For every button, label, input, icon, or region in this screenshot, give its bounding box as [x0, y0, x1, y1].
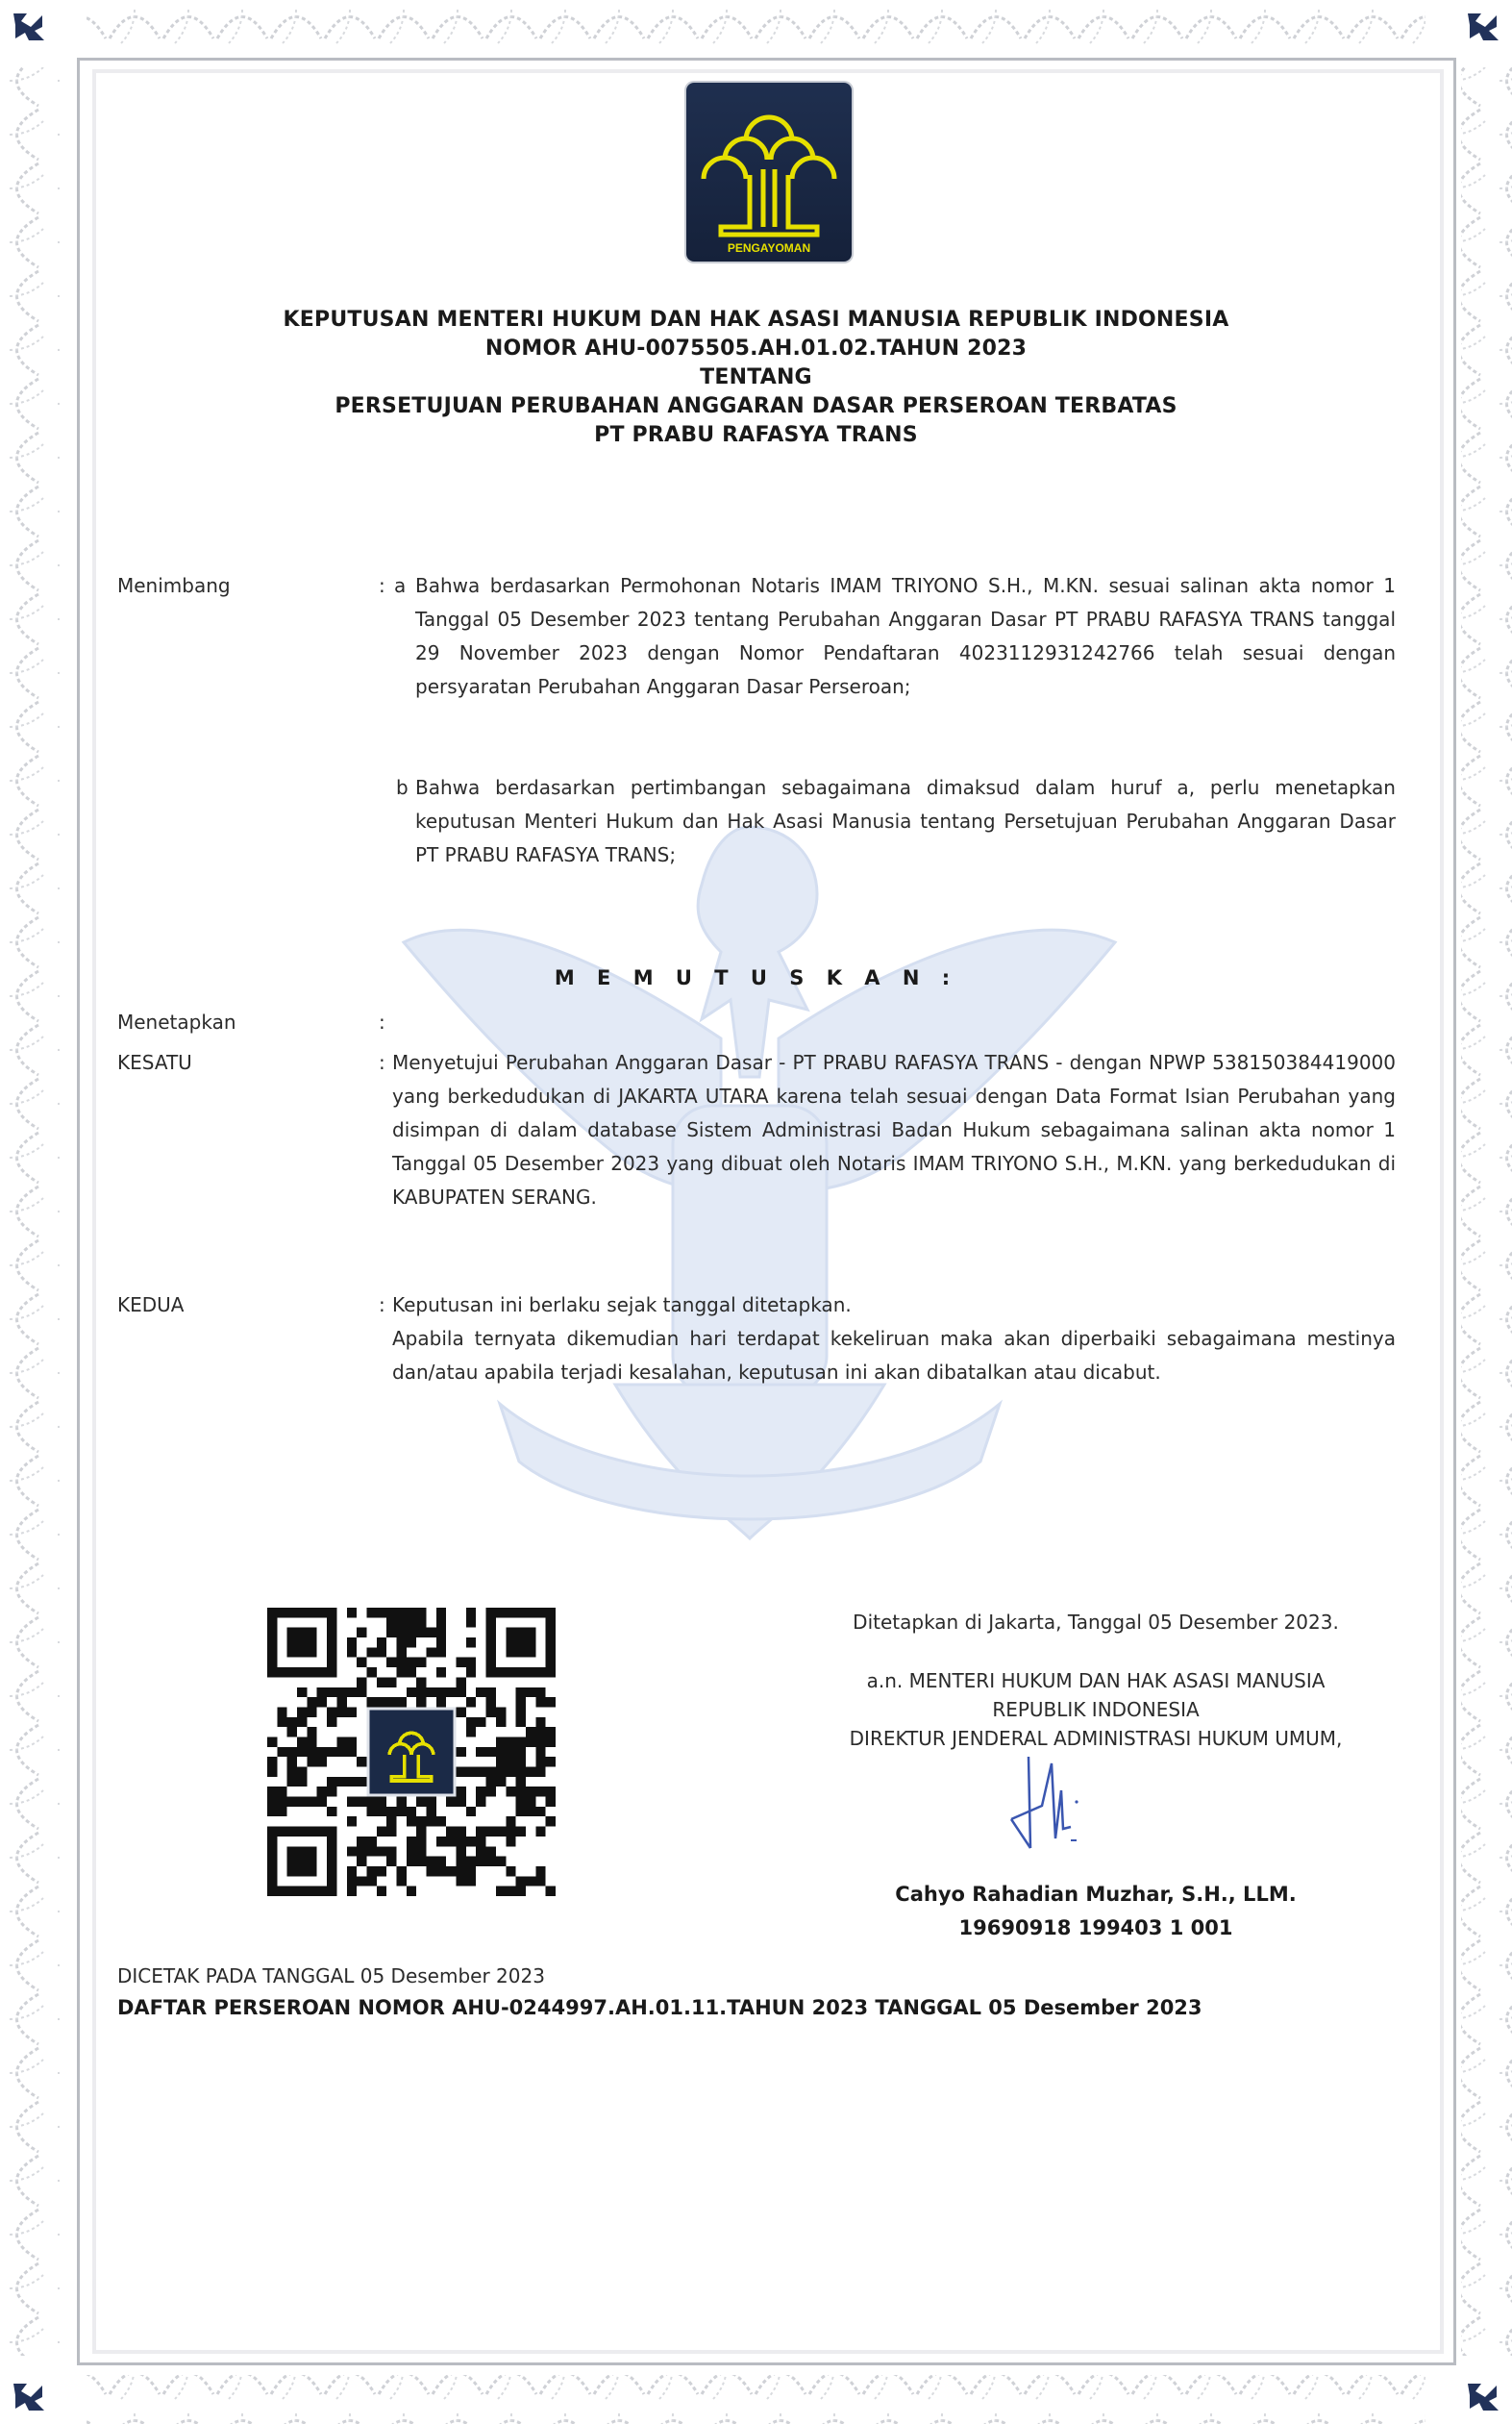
place-date: Ditetapkan di Jakarta, Tanggal 05 Desemb… [731, 1608, 1461, 1637]
menimbang-colon: : [379, 569, 385, 603]
svg-text:PENGAYOMAN: PENGAYOMAN [728, 241, 810, 255]
printed-date: DICETAK PADA TANGGAL 05 Desember 2023 [117, 1964, 545, 1987]
decree-document: PENGAYOMAN KEPUTUSAN MENTERI HUKUM DAN H… [0, 0, 1512, 2424]
menimbang-item-a: Bahwa berdasarkan Permohonan Notaris IMA… [415, 569, 1396, 704]
signatory-position: DIREKTUR JENDERAL ADMINISTRASI HUKUM UMU… [731, 1724, 1461, 1753]
kedua-colon: : [379, 1288, 385, 1322]
decree-subject: PERSETUJUAN PERUBAHAN ANGGARAN DASAR PER… [154, 392, 1358, 421]
company-name: PT PRABU RAFASYA TRANS [154, 421, 1358, 450]
menimbang-label: Menimbang [117, 569, 358, 603]
signatory-name: Cahyo Rahadian Muzhar, S.H., LLM. [731, 1880, 1461, 1909]
decree-tentang: TENTANG [154, 363, 1358, 392]
kedua-text: Apabila ternyata dikemudian hari terdapa… [392, 1322, 1396, 1389]
kedua-label: KEDUA [117, 1288, 358, 1322]
pengayoman-logo: PENGAYOMAN [686, 83, 852, 262]
item-letter-b: b [396, 771, 409, 805]
on-behalf-line: a.n. MENTERI HUKUM DAN HAK ASASI MANUSIA [731, 1666, 1461, 1695]
item-letter-a: a [394, 569, 406, 603]
handwritten-signature-icon [1009, 1752, 1096, 1867]
decree-title-line: KEPUTUSAN MENTERI HUKUM DAN HAK ASASI MA… [154, 306, 1358, 335]
decree-title: KEPUTUSAN MENTERI HUKUM DAN HAK ASASI MA… [154, 306, 1358, 450]
qr-code-icon[interactable] [267, 1608, 556, 1896]
menetapkan-label: Menetapkan [117, 1006, 358, 1039]
company-registry-number: DAFTAR PERSEROAN NOMOR AHU-0244997.AH.01… [117, 1996, 1202, 2019]
kedua-line1: Keputusan ini berlaku sejak tanggal dite… [392, 1288, 1396, 1322]
menetapkan-colon: : [379, 1006, 385, 1039]
signatory-authority: a.n. MENTERI HUKUM DAN HAK ASASI MANUSIA… [731, 1666, 1461, 1753]
pengayoman-tree-icon: PENGAYOMAN [686, 83, 852, 262]
kesatu-label: KESATU [117, 1046, 358, 1080]
menimbang-item-b: Bahwa berdasarkan pertimbangan sebagaima… [415, 771, 1396, 872]
kesatu-colon: : [379, 1046, 385, 1080]
memutuskan-heading: M E M U T U S K A N : [0, 966, 1512, 989]
signatory-nip: 19690918 199403 1 001 [731, 1913, 1461, 1942]
kesatu-text: Menyetujui Perubahan Anggaran Dasar - PT… [392, 1046, 1396, 1214]
decree-number: NOMOR AHU-0075505.AH.01.02.TAHUN 2023 [154, 335, 1358, 363]
on-behalf-line-2: REPUBLIK INDONESIA [731, 1695, 1461, 1724]
